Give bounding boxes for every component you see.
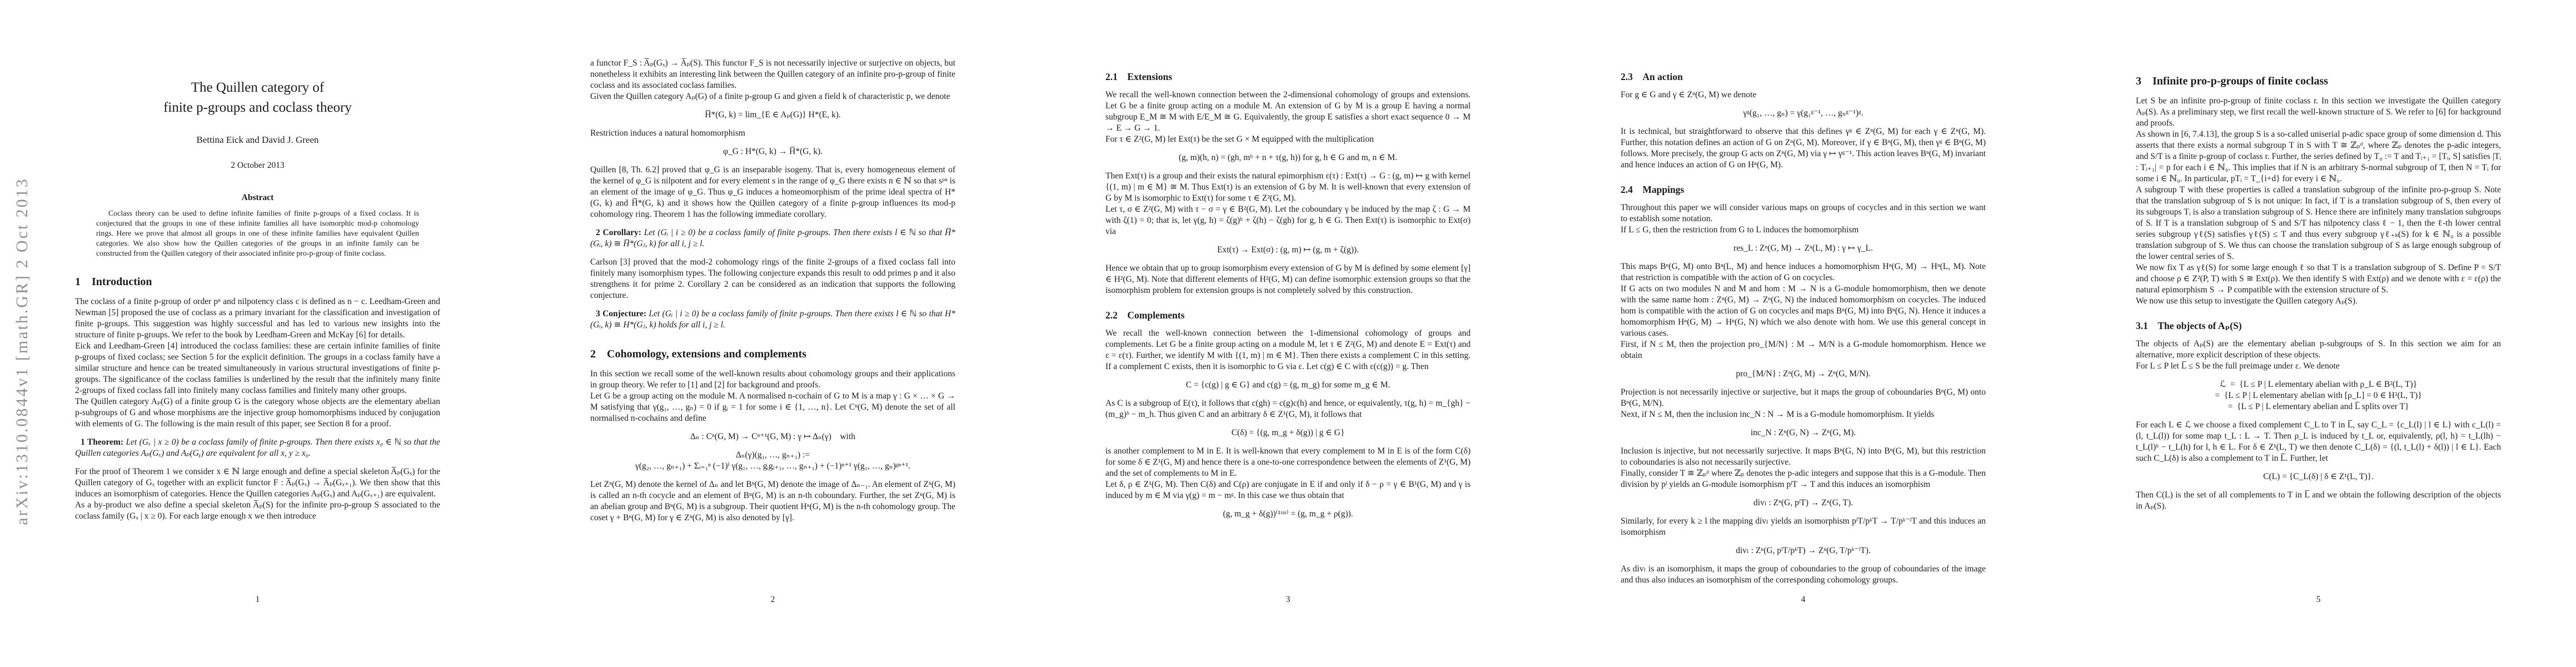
paragraph: Let G be a group acting on the module M.… [590,391,955,424]
paper-authors: Bettina Eick and David J. Green [75,135,440,146]
paragraph: For each L ∈ ℒ we choose a fixed complem… [2136,420,2501,464]
display-equation: divₗ : Zⁿ(G, pˡT/pᵏT) → Zⁿ(G, T/pᵏ⁻ˡT). [1621,545,1986,556]
page-number: 4 [1546,595,2061,605]
display-equation: divₗ : Zⁿ(G, pˡT) → Zⁿ(G, T). [1621,497,1986,509]
theorem-text: Let (Gᵢ | i ≥ 0) be a coclass family of … [590,228,955,248]
paragraph: Projection is not necessarily injective … [1621,387,1986,409]
theorem-label: 3 Conjecture: [596,309,646,318]
display-equation: pro_{M/N} : Zⁿ(G, M) → Zⁿ(G, M/N). [1621,369,1986,380]
paragraph: First, if N ≤ M, then the projection pro… [1621,339,1986,361]
paragraph: As C is a subgroup of E(τ), it follows t… [1105,398,1471,420]
subsection-heading: 2.1 Extensions [1105,71,1471,83]
page-2: a functor F_S : A̅ₚ(Gₓ) → A̅ₚ(S). This f… [515,0,1030,667]
page-3: 2.1 ExtensionsWe recall the well-known c… [1030,0,1546,667]
paragraph: Quillen [8, Th. 6.2] proved that φ_G is … [590,165,955,220]
paragraph: As a by-product we also define a special… [75,500,440,522]
page-1: The Quillen category of finite p-groups … [0,0,515,667]
page-number: 5 [2061,595,2576,605]
paragraph: Finally, consider T ≅ ℤₚᵈ where ℤₚ denot… [1621,468,1986,490]
paragraph: Then Ext(τ) is a group and their exists … [1105,171,1471,204]
paragraph: If G acts on two modules N and M and hom… [1621,283,1986,339]
subsection-heading: 3.1 The objects of Aₚ(S) [2136,320,2501,332]
paragraph: The Quillen category Aₚ(G) of a finite g… [75,396,440,430]
paragraph: We now fix T as γℓ(S) for some large eno… [2136,262,2501,296]
section-heading: 3 Infinite pro-p-groups of finite coclas… [2136,74,2501,88]
paragraph: Carlson [3] proved that the mod-2 cohomo… [590,257,955,301]
subsection-heading: 2.4 Mappings [1621,184,1986,196]
paragraph: For g ∈ G and γ ∈ Zⁿ(G, M) we denote [1621,89,1986,101]
paragraph: Similarly, for every k ≥ l the mapping d… [1621,516,1986,538]
arxiv-watermark: arXiv:1310.0844v1 [math.GR] 2 Oct 2013 [13,177,32,525]
subsection-heading: 2.3 An action [1621,71,1986,83]
paragraph: Throughout this paper we will consider v… [1621,202,1986,225]
display-equation: inc_N : Zⁿ(G, N) → Zⁿ(G, M). [1621,427,1986,439]
paragraph: As shown in [6, 7.4.13], the group S is … [2136,129,2501,185]
display-equation: φ_G : H*(G, k) → H̅*(G, k). [590,146,955,157]
paragraph: Eick and Leedham-Green [4] introduced th… [75,341,440,396]
paragraph: In this section we recall some of the we… [590,369,955,391]
display-equation: Δₙ : Cⁿ(G, M) → Cⁿ⁺¹(G, M) : γ ↦ Δₙ(γ) w… [590,431,955,442]
theorem-label: 1 Theorem: [81,437,123,447]
section-heading: 1 Introduction [75,275,440,288]
paragraph: Given the Quillen category Aₚ(G) of a fi… [590,91,955,102]
paragraph: For the proof of Theorem 1 we consider x… [75,466,440,500]
display-equation: (g, m_g + δ(g))⁽¹ᵗᵐ⁾ = (g, m_g + ρ(g)). [1105,509,1471,520]
paragraph: For L ≤ P let L̅ ≤ S be the full preimag… [2136,361,2501,372]
paragraph: A subgroup T with these properties is ca… [2136,185,2501,262]
paragraph: Hence we obtain that up to group isomorp… [1105,263,1471,296]
paragraph: The coclass of a finite p-group of order… [75,296,440,341]
display-equation: (g, m)(h, n) = (gh, mʰ + n + τ(g, h)) fo… [1105,152,1471,163]
pdf-multipage-view: arXiv:1310.0844v1 [math.GR] 2 Oct 2013 T… [0,0,2576,667]
paragraph: Inclusion is injective, but not necessar… [1621,446,1986,468]
display-equation: C(δ) = {(g, m_g + δ(g)) | g ∈ G} [1105,427,1471,439]
paragraph: Let τ, σ ∈ Z²(G, M) with τ − σ = γ ∈ B²(… [1105,204,1471,237]
display-equation: res_L : Zⁿ(G, M) → Zⁿ(L, M) : γ ↦ γ_L. [1621,243,1986,254]
subsection-heading: 2.2 Complements [1105,310,1471,321]
paragraph: Let δ, ρ ∈ Z¹(G, M). Then C(δ) and C(ρ) … [1105,479,1471,501]
paragraph: Then C(L) is the set of all complements … [2136,490,2501,512]
abstract-text: Coclass theory can be used to define inf… [96,208,419,258]
section-heading: 2 Cohomology, extensions and complements [590,347,955,361]
paper-date: 2 October 2013 [75,160,440,171]
page-number: 3 [1030,595,1546,605]
page-number: 2 [515,595,1030,605]
paper-title: The Quillen category of finite p-groups … [75,78,440,118]
display-equation: ℒ = {L ≤ P | L elementary abelian with ρ… [2136,379,2501,412]
page-5: 3 Infinite pro-p-groups of finite coclas… [2061,0,2576,667]
paragraph: is another complement to M in E. It is w… [1105,446,1471,479]
theorem-block: 2 Corollary: Let (Gᵢ | i ≥ 0) be a cocla… [590,227,955,250]
paragraph: Next, if N ≤ M, then the inclusion inc_N… [1621,409,1986,420]
paragraph: For τ ∈ Z²(G, M) let Ext(τ) be the set G… [1105,134,1471,145]
paragraph: a functor F_S : A̅ₚ(Gₓ) → A̅ₚ(S). This f… [590,58,955,91]
paragraph: This maps Bⁿ(G, M) onto Bⁿ(L, M) and hen… [1621,261,1986,283]
page-4: 2.3 An actionFor g ∈ G and γ ∈ Zⁿ(G, M) … [1546,0,2061,667]
paragraph: If L ≤ G, then the restriction from G to… [1621,225,1986,236]
display-equation: C(L) = {C_L(δ) | δ ∈ Z¹(L, T)}. [2136,471,2501,482]
display-equation: γᵍ(g₁, …, gₙ) = γ(g₁ᵍ⁻¹, …, gₙᵍ⁻¹)ᵍ. [1621,108,1986,119]
display-equation: C = {c(g) | g ∈ G} and c(g) = (g, m_g) f… [1105,380,1471,391]
paragraph: We recall the well-known connection betw… [1105,328,1471,372]
page-number: 1 [0,595,515,605]
paragraph: Let Zⁿ(G, M) denote the kernel of Δₙ and… [590,479,955,524]
paragraph: We now use this setup to investigate the… [2136,296,2501,307]
theorem-block: 3 Conjecture: Let (Gᵢ | i ≥ 0) be a cocl… [590,308,955,331]
paragraph: It is technical, but straightforward to … [1621,126,1986,171]
abstract-heading: Abstract [75,192,440,203]
paragraph: The objects of Aₚ(S) are the elementary … [2136,339,2501,361]
theorem-label: 2 Corollary: [596,228,641,237]
display-equation: Δₙ(γ)(g₁, …, gₙ₊₁) := γ(g₂, …, gₙ₊₁) + Σ… [590,450,955,472]
display-equation: Ext(τ) → Ext(σ) : (g, m) ↦ (g, m + ζ(g))… [1105,245,1471,256]
paragraph: As divₗ is an isomorphism, it maps the g… [1621,564,1986,586]
paragraph: Let S be an infinite pro-p-group of fini… [2136,96,2501,129]
paragraph: We recall the well-known connection betw… [1105,89,1471,134]
theorem-block: 1 Theorem: Let (Gₓ | x ≥ 0) be a coclass… [75,437,440,459]
display-equation: H̅*(G, k) = lim_{E ∈ Aₚ(G)} H*(E, k). [590,109,955,121]
paragraph: Restriction induces a natural homomorphi… [590,128,955,139]
theorem-text: Let (Gₓ | x ≥ 0) be a coclass family of … [75,437,440,458]
